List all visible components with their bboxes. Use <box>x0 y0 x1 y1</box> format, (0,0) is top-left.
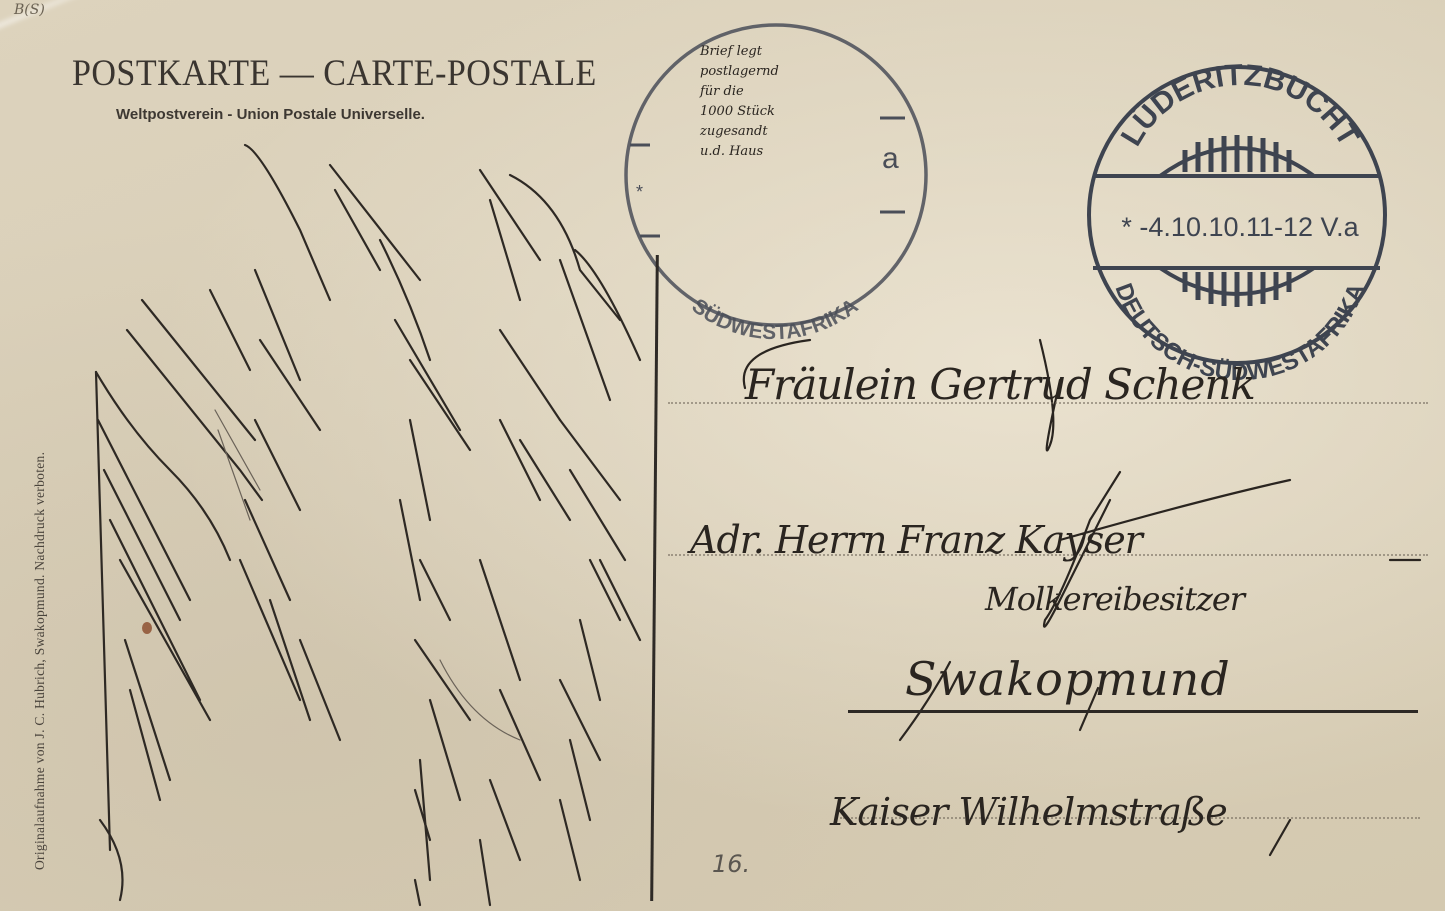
ink-stain <box>142 622 152 634</box>
partial-postmark-star: * <box>636 182 643 202</box>
postcard: B(S) POSTKARTE — CARTE-POSTALE Weltpostv… <box>0 0 1445 911</box>
occupation-line: Molkereibesitzer <box>985 580 1244 618</box>
recipient-name: Fräulein Gertrud Schenk <box>745 360 1255 409</box>
partial-postmark-letter: a <box>882 142 899 175</box>
care-of-line: Adr. Herrn Franz Kayser <box>690 518 1142 562</box>
city-underline <box>848 710 1418 713</box>
street-line: Kaiser Wilhelmstraße <box>830 790 1227 834</box>
pencil-number: 16. <box>712 850 750 878</box>
stamp-area-handwritten-note: Brief legt postlagernd für die 1000 Stüc… <box>700 42 779 162</box>
partial-postmark-bottom-text: SÜDWESTAFRIKA <box>688 294 863 344</box>
postmark-date: * -4.10.10.11-12 V.a <box>1121 212 1359 242</box>
postmark-top-text: LÜDERITZBUCHT <box>1115 59 1365 152</box>
message-handwriting <box>96 145 640 905</box>
city-line: Swakopmund <box>905 652 1231 706</box>
